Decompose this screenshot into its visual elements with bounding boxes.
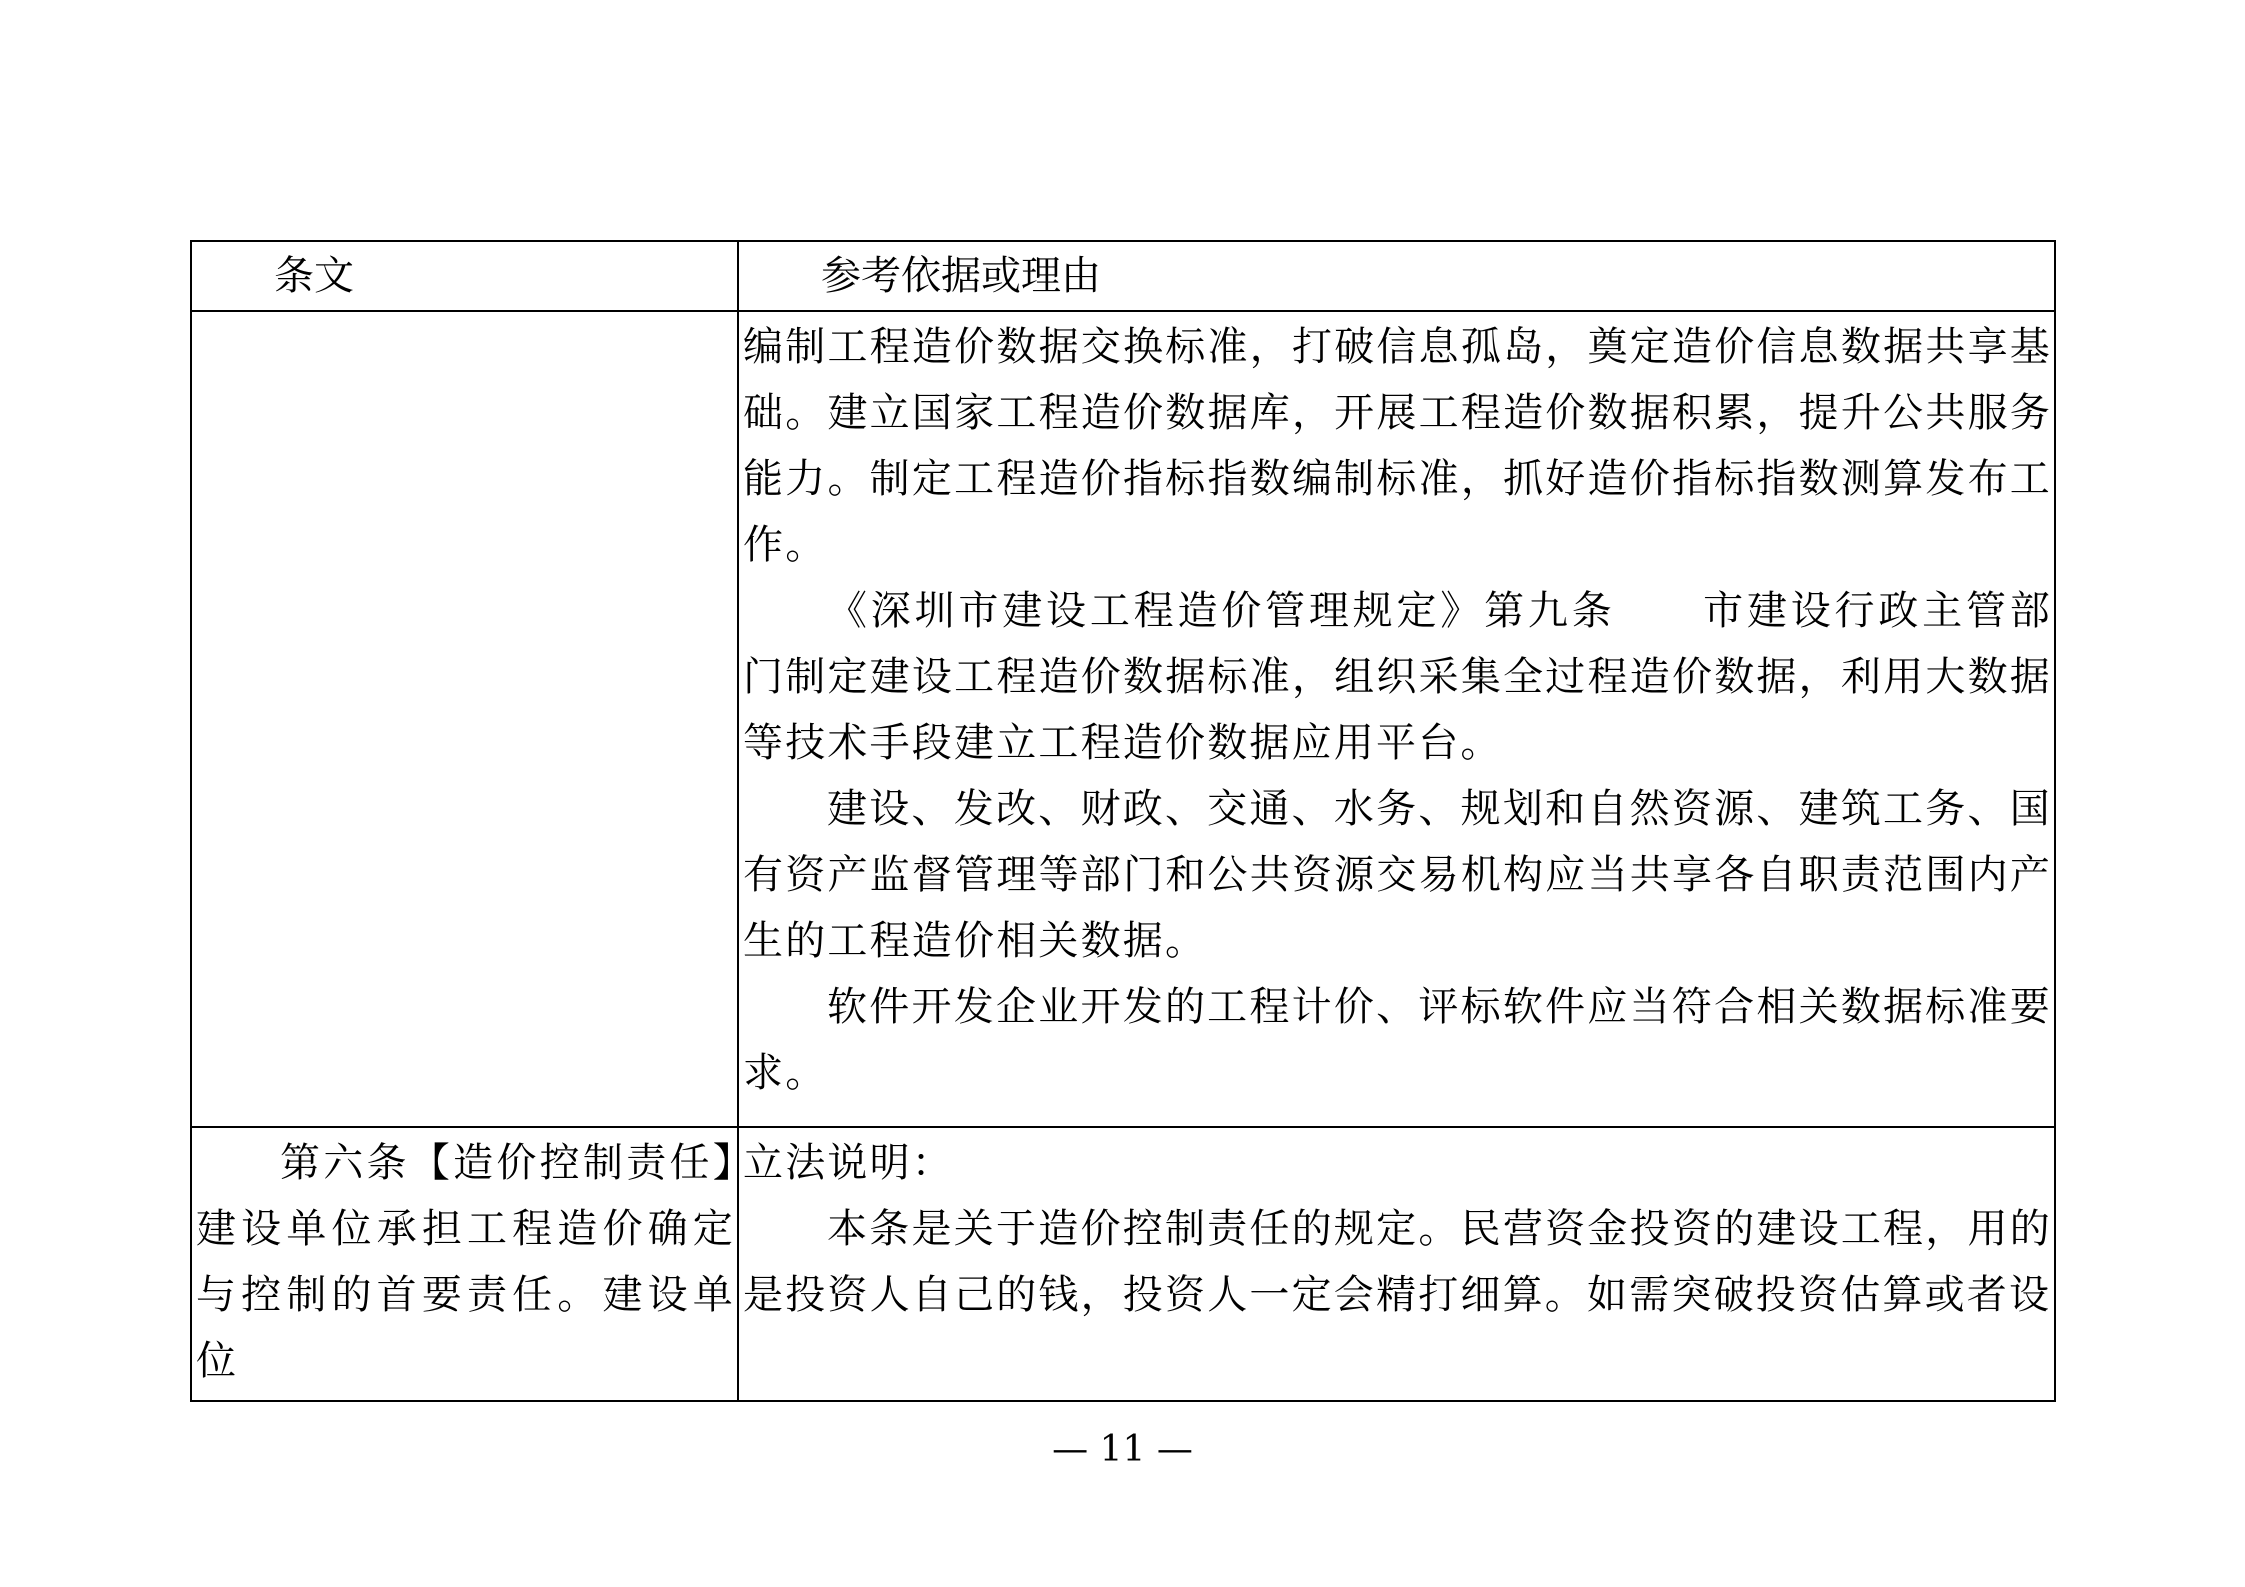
reference-paragraph-shenzhen: 《深圳市建设工程造价管理规定》第九条市建设行政主管部门制定建设工程造价数据标准，… [743,578,2052,776]
reference-paragraph: 建设、发改、财政、交通、水务、规划和自然资源、建筑工务、国有资产监督管理等部门和… [743,776,2052,974]
article-text: 第六条【造价控制责任】建设单位承担工程造价确定与控制的首要责任。建设单位 [196,1130,735,1394]
article-cell: 第六条【造价控制责任】建设单位承担工程造价确定与控制的首要责任。建设单位 [191,1127,738,1401]
legislative-note-label: 立法说明： [743,1130,2052,1196]
article-cell-empty [191,311,738,1127]
table-header-row: 条文 参考依据或理由 [191,241,2055,311]
reference-paragraph: 编制工程造价数据交换标准，打破信息孤岛，奠定造价信息数据共享基础。建立国家工程造… [743,314,2052,578]
table-row: 第六条【造价控制责任】建设单位承担工程造价确定与控制的首要责任。建设单位 立法说… [191,1127,2055,1401]
reference-paragraph: 本条是关于造价控制责任的规定。民营资金投资的建设工程，用的是投资人自己的钱，投资… [743,1196,2052,1328]
reference-paragraph: 软件开发企业开发的工程计价、评标软件应当符合相关数据标准要求。 [743,974,2052,1106]
page-number: — 11 — [0,1426,2245,1474]
header-article: 条文 [191,241,738,311]
header-reference: 参考依据或理由 [738,241,2055,311]
table-row: 编制工程造价数据交换标准，打破信息孤岛，奠定造价信息数据共享基础。建立国家工程造… [191,311,2055,1127]
document-page: 条文 参考依据或理由 编制工程造价数据交换标准，打破信息孤岛，奠定造价信息数据共… [0,0,2245,1587]
provisions-table: 条文 参考依据或理由 编制工程造价数据交换标准，打破信息孤岛，奠定造价信息数据共… [190,240,2056,1402]
reference-cell: 立法说明： 本条是关于造价控制责任的规定。民营资金投资的建设工程，用的是投资人自… [738,1127,2055,1401]
cited-regulation: 《深圳市建设工程造价管理规定》第九条 [827,588,1616,634]
reference-cell: 编制工程造价数据交换标准，打破信息孤岛，奠定造价信息数据共享基础。建立国家工程造… [738,311,2055,1127]
